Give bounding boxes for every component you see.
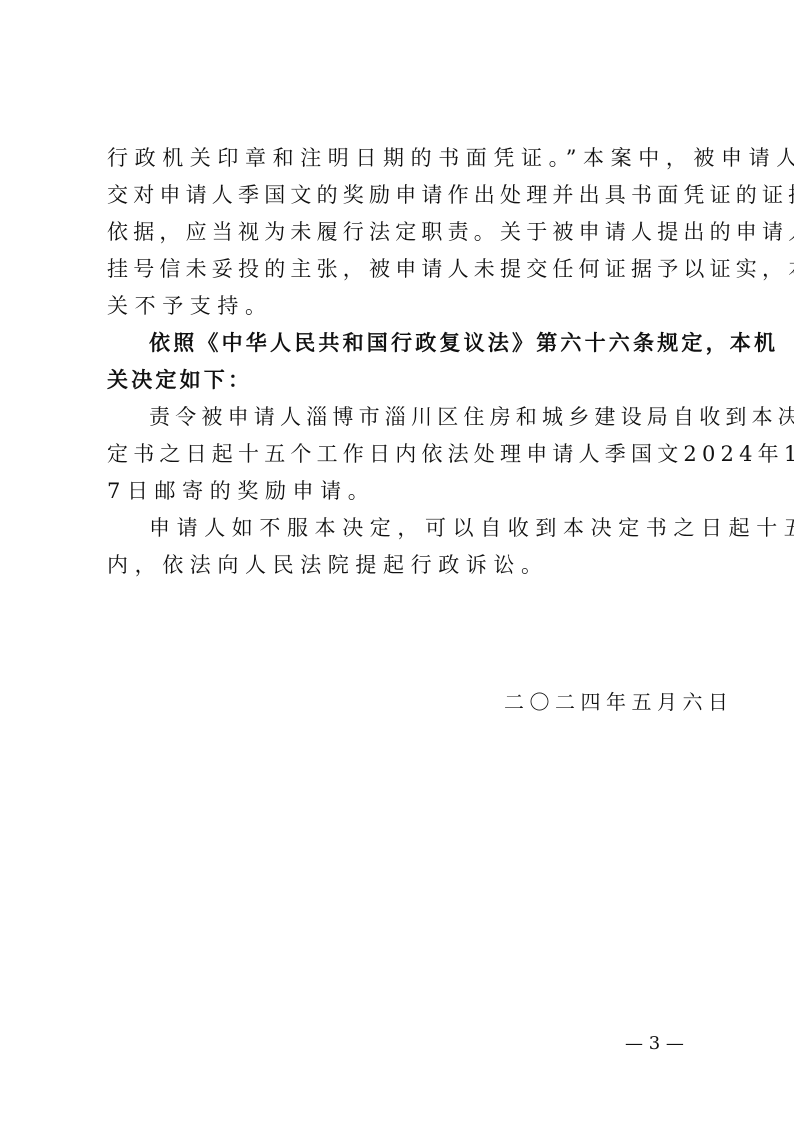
page-number: — 3 — [625,1032,684,1056]
paragraph-line: 依据，应当视为未履行法定职责。关于被申请人提出的申请人的 [107,214,699,251]
decision-body-line: 7日邮寄的奖励申请。 [107,473,699,510]
decision-body-line: 责令被申请人淄博市淄川区住房和城乡建设局自收到本决 [107,399,699,436]
paragraph-line: 挂号信未妥投的主张，被申请人未提交任何证据予以证实，本机 [107,251,699,288]
paragraph-line: 交对申请人季国文的奖励申请作出处理并出具书面凭证的证据、 [107,177,699,214]
decision-intro-line: 关决定如下： [107,362,699,399]
appeal-notice-line: 内，依法向人民法院提起行政诉讼。 [107,547,699,584]
paragraph-line: 行政机关印章和注明日期的书面凭证。”本案中，被申请人未提 [107,140,699,177]
decision-body-line: 定书之日起十五个工作日内依法处理申请人季国文2024年1月1 [107,436,699,473]
paragraph-line: 关不予支持。 [107,288,699,325]
document-page: 行政机关印章和注明日期的书面凭证。”本案中，被申请人未提 交对申请人季国文的奖励… [0,0,794,1123]
decision-intro-line: 依照《中华人民共和国行政复议法》第六十六条规定，本机 [107,325,699,362]
decision-date: 二〇二四年五月六日 [504,688,734,716]
document-body: 行政机关印章和注明日期的书面凭证。”本案中，被申请人未提 交对申请人季国文的奖励… [107,140,699,584]
appeal-notice-line: 申请人如不服本决定，可以自收到本决定书之日起十五日 [107,510,699,547]
